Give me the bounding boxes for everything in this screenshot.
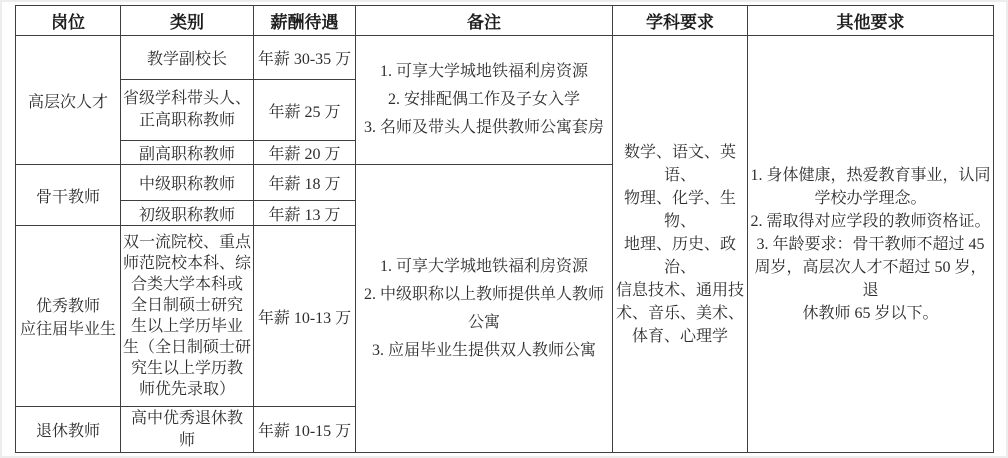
header-position: 岗位 — [16, 6, 121, 36]
cell-category-vice-principal: 教学副校长 — [121, 36, 254, 80]
header-subject-req: 学科要求 — [613, 6, 748, 36]
table-row: 高层次人才 教学副校长 年薪 30-35 万 1. 可享大学城地铁福利房资源 2… — [16, 36, 994, 80]
cell-category-retired-teacher: 高中优秀退休教 师 — [121, 407, 254, 453]
cell-category-provincial-leader: 省级学科带头人、 正高职称教师 — [121, 80, 254, 141]
cell-position-retired: 退休教师 — [16, 407, 121, 453]
cell-category-graduates: 双一流院校、重点 师范院校本科、综 合类大学本科或 全日制硕士研究 生以上学历毕… — [121, 226, 254, 407]
cell-category-deputy-senior: 副高职称教师 — [121, 141, 254, 165]
cell-other-requirements: 1. 身体健康，热爱教育事业，认同 学校办学理念。 2. 需取得对应学段的教师资… — [748, 36, 994, 453]
header-row: 岗位 类别 薪酬待遇 备注 学科要求 其他要求 — [16, 6, 994, 36]
cell-subject-requirements: 数学、语文、英语、 物理、化学、生物、 地理、历史、政治、 信息技术、通用技 术… — [613, 36, 748, 453]
header-salary: 薪酬待遇 — [254, 6, 356, 36]
cell-salary-provincial-leader: 年薪 25 万 — [254, 80, 356, 141]
cell-category-intermediate: 中级职称教师 — [121, 165, 254, 201]
cell-salary-deputy-senior: 年薪 20 万 — [254, 141, 356, 165]
cell-notes-high-level: 1. 可享大学城地铁福利房资源 2. 安排配偶工作及子女入学 3. 名师及带头人… — [356, 36, 613, 165]
cell-salary-graduates: 年薪 10-13 万 — [254, 226, 356, 407]
cell-category-junior: 初级职称教师 — [121, 201, 254, 226]
cell-position-high-level: 高层次人才 — [16, 36, 121, 165]
cell-position-backbone: 骨干教师 — [16, 165, 121, 226]
recruitment-table: 岗位 类别 薪酬待遇 备注 学科要求 其他要求 高层次人才 教学副校长 年薪 3… — [15, 5, 994, 453]
header-category: 类别 — [121, 6, 254, 36]
page: 岗位 类别 薪酬待遇 备注 学科要求 其他要求 高层次人才 教学副校长 年薪 3… — [0, 0, 1008, 458]
header-other-req: 其他要求 — [748, 6, 994, 36]
cell-position-excellent: 优秀教师 应往届毕业生 — [16, 226, 121, 407]
cell-notes-general: 1. 可享大学城地铁福利房资源 2. 中级职称以上教师提供单人教师 公寓 3. … — [356, 165, 613, 453]
cell-salary-retired-teacher: 年薪 10-15 万 — [254, 407, 356, 453]
cell-salary-intermediate: 年薪 18 万 — [254, 165, 356, 201]
header-notes: 备注 — [356, 6, 613, 36]
cell-salary-junior: 年薪 13 万 — [254, 201, 356, 226]
cell-salary-vice-principal: 年薪 30-35 万 — [254, 36, 356, 80]
